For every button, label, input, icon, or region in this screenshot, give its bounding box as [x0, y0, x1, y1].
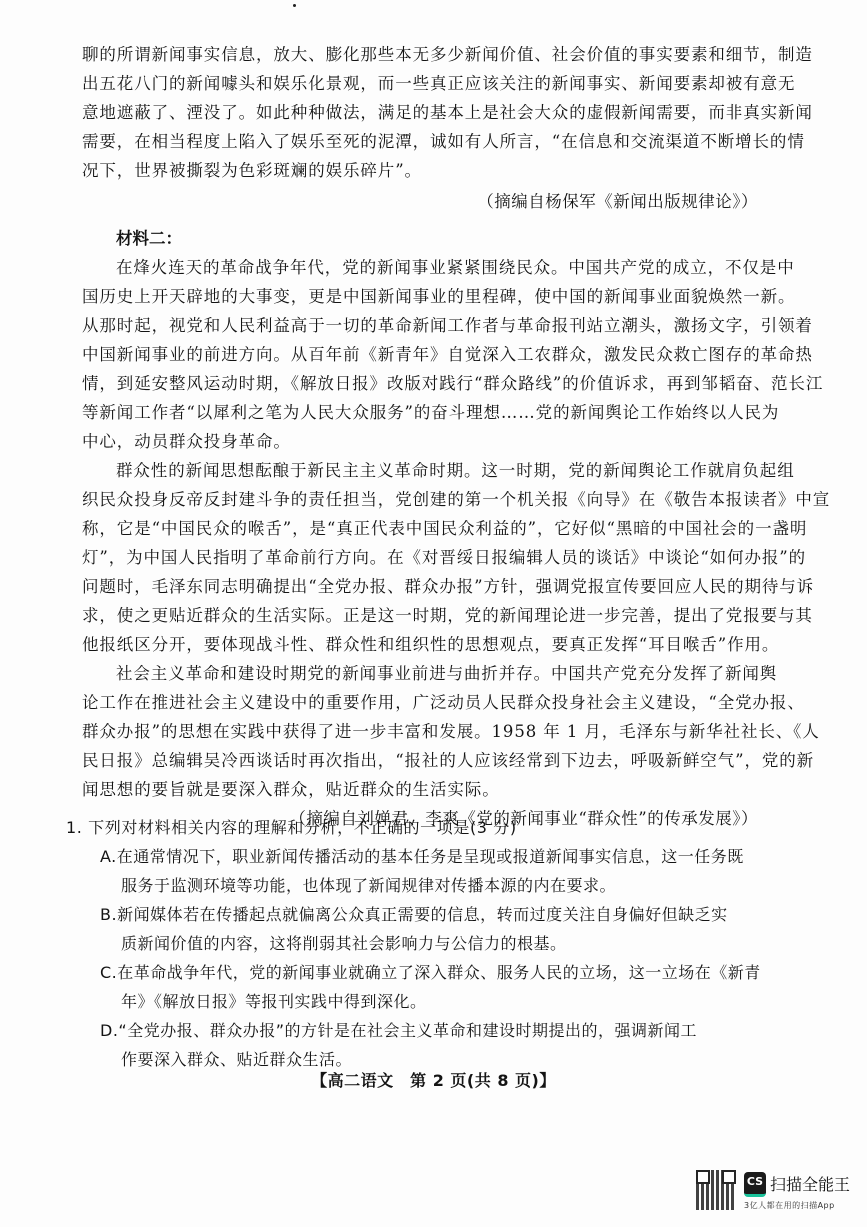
- option-text: 在通常情况下，职业新闻传播活动的基本任务是呈现或报道新闻事实信息，这一任务既: [117, 847, 744, 866]
- text-line: 需要，在相当程度上陷入了娱乐至死的泥潭，诚如有人所言，“在信息和交流渠道不断增长…: [82, 127, 758, 156]
- text-line: 出五花八门的新闻噱头和娱乐化景观，而一些真正应该关注的新闻事实、新闻要素却被有意…: [82, 69, 758, 98]
- question-1: 1. 下列对材料相关内容的理解和分析，不正确的一项是(3 分) A.在通常情况下…: [66, 813, 766, 1074]
- text-line: 社会主义革命和建设时期党的新闻事业前进与曲折并存。中国共产党充分发挥了新闻舆: [82, 659, 758, 688]
- text-line: 求，使之更贴近群众的生活实际。正是这一时期，党的新闻理论进一步完善，提出了党报要…: [82, 601, 758, 630]
- paragraph-3: 社会主义革命和建设时期党的新闻事业前进与曲折并存。中国共产党充分发挥了新闻舆 论…: [82, 659, 758, 804]
- paragraph-2: 群众性的新闻思想酝酿于新民主主义革命时期。这一时期，党的新闻舆论工作就肩负起组 …: [82, 456, 758, 659]
- text-line: 闻思想的要旨就是要深入群众，贴近群众的生活实际。: [82, 775, 758, 804]
- option-d: D.“全党办报、群众办报”的方针是在社会主义革命和建设时期提出的，强调新闻工 作…: [66, 1016, 766, 1074]
- text-line: 灯”，为中国人民指明了革命前行方向。在《对晋绥日报编辑人员的谈话》中谈论“如何办…: [82, 543, 758, 572]
- material2: 材料二： 在烽火连天的革命战争年代，党的新闻事业紧紧围绕民众。中国共产党的成立，…: [82, 224, 758, 833]
- text-line: 群众性的新闻思想酝酿于新民主主义革命时期。这一时期，党的新闻舆论工作就肩负起组: [82, 456, 758, 485]
- option-text: 新闻媒体若在传播起点就偏离公众真正需要的信息，转而过度关注自身偏好但缺乏实: [117, 905, 728, 924]
- text-line: 等新闻工作者“以犀利之笔为人民大众服务”的奋斗理想……党的新闻舆论工作始终以人民…: [82, 398, 758, 427]
- scan-speck: [293, 4, 296, 7]
- option-text-cont: 服务于监测环境等功能，也体现了新闻规律对传播本源的内在要求。: [100, 871, 766, 900]
- text-line: 从那时起，视党和人民利益高于一切的革命新闻工作者与革命报刊站立潮头，激扬文字，引…: [82, 311, 758, 340]
- text-line: 问题时，毛泽东同志明确提出“全党办报、群众办报”方针，强调党报宣传要回应人民的期…: [82, 572, 758, 601]
- exam-page: 聊的所谓新闻事实信息，放大、膨化那些本无多少新闻价值、社会价值的事实要素和细节，…: [0, 0, 867, 1227]
- material2-heading: 材料二：: [82, 224, 758, 253]
- material1-source: （摘编自杨保军《新闻出版规律论》）: [82, 187, 758, 216]
- text-line: 中心，动员群众投身革命。: [82, 427, 758, 456]
- text-line: 在烽火连天的革命战争年代，党的新闻事业紧紧围绕民众。中国共产党的成立，不仅是中: [82, 253, 758, 282]
- qr-code-icon: [696, 1170, 736, 1210]
- option-label: D.: [100, 1021, 118, 1040]
- paragraph-1: 在烽火连天的革命战争年代，党的新闻事业紧紧围绕民众。中国共产党的成立，不仅是中 …: [82, 253, 758, 456]
- camscanner-logo-icon: CS: [744, 1172, 766, 1197]
- material1-tail: 聊的所谓新闻事实信息，放大、膨化那些本无多少新闻价值、社会价值的事实要素和细节，…: [82, 40, 758, 216]
- text-line: 民日报》总编辑吴冷西谈话时再次指出，“报社的人应该经常到下边去，呼吸新鲜空气”，…: [82, 746, 758, 775]
- scanner-watermark: CS 扫描全能王 3亿人都在用的扫描App: [696, 1170, 861, 1220]
- question-stem: 1. 下列对材料相关内容的理解和分析，不正确的一项是(3 分): [66, 813, 766, 842]
- page-footer: 【高二语文 第 2 页(共 8 页)】: [0, 1068, 867, 1091]
- option-label: C.: [100, 963, 117, 982]
- text-line: 国历史上开天辟地的大事变，更是中国新闻事业的里程碑，使中国的新闻事业面貌焕然一新…: [82, 282, 758, 311]
- text-line: 中国新闻事业的前进方向。从百年前《新青年》自觉深入工农群众，激发民众救亡图存的革…: [82, 340, 758, 369]
- text-line: 论工作在推进社会主义建设中的重要作用，广泛动员人民群众投身社会主义建设，“全党办…: [82, 688, 758, 717]
- option-text-cont: 质新闻价值的内容，这将削弱其社会影响力与公信力的根基。: [100, 929, 766, 958]
- text-line: 况下，世界被撕裂为色彩斑斓的娱乐碎片”。: [82, 156, 758, 185]
- option-label: B.: [100, 905, 117, 924]
- option-c: C.在革命战争年代，党的新闻事业就确立了深入群众、服务人民的立场，这一立场在《新…: [66, 958, 766, 1016]
- text-line: 聊的所谓新闻事实信息，放大、膨化那些本无多少新闻价值、社会价值的事实要素和细节，…: [82, 40, 758, 69]
- camscanner-tagline: 3亿人都在用的扫描App: [744, 1200, 835, 1211]
- option-label: A.: [100, 847, 117, 866]
- camscanner-name: 扫描全能王: [770, 1172, 850, 1195]
- text-line: 情，到延安整风运动时期，《解放日报》改版对践行“群众路线”的价值诉求，再到邹韬奋…: [82, 369, 758, 398]
- text-line: 织民众投身反帝反封建斗争的责任担当，党创建的第一个机关报《向导》在《敬告本报读者…: [82, 485, 758, 514]
- option-text-cont: 年》《解放日报》等报刊实践中得到深化。: [100, 987, 766, 1016]
- option-a: A.在通常情况下，职业新闻传播活动的基本任务是呈现或报道新闻事实信息，这一任务既…: [66, 842, 766, 900]
- option-text: 在革命战争年代，党的新闻事业就确立了深入群众、服务人民的立场，这一立场在《新青: [117, 963, 761, 982]
- text-line: 意地遮蔽了、湮没了。如此种种做法，满足的基本上是社会大众的虚假新闻需要，而非真实…: [82, 98, 758, 127]
- text-line: 他报纸区分开，要体现战斗性、群众性和组织性的思想观点，要真正发挥“耳目喉舌”作用…: [82, 630, 758, 659]
- option-b: B.新闻媒体若在传播起点就偏离公众真正需要的信息，转而过度关注自身偏好但缺乏实 …: [66, 900, 766, 958]
- text-line: 群众办报”的思想在实践中获得了进一步丰富和发展。1958 年 1 月，毛泽东与新…: [82, 717, 758, 746]
- text-line: 称，它是“中国民众的喉舌”，是“真正代表中国民众利益的”，它好似“黑暗的中国社会…: [82, 514, 758, 543]
- option-text: “全党办报、群众办报”的方针是在社会主义革命和建设时期提出的，强调新闻工: [118, 1021, 697, 1040]
